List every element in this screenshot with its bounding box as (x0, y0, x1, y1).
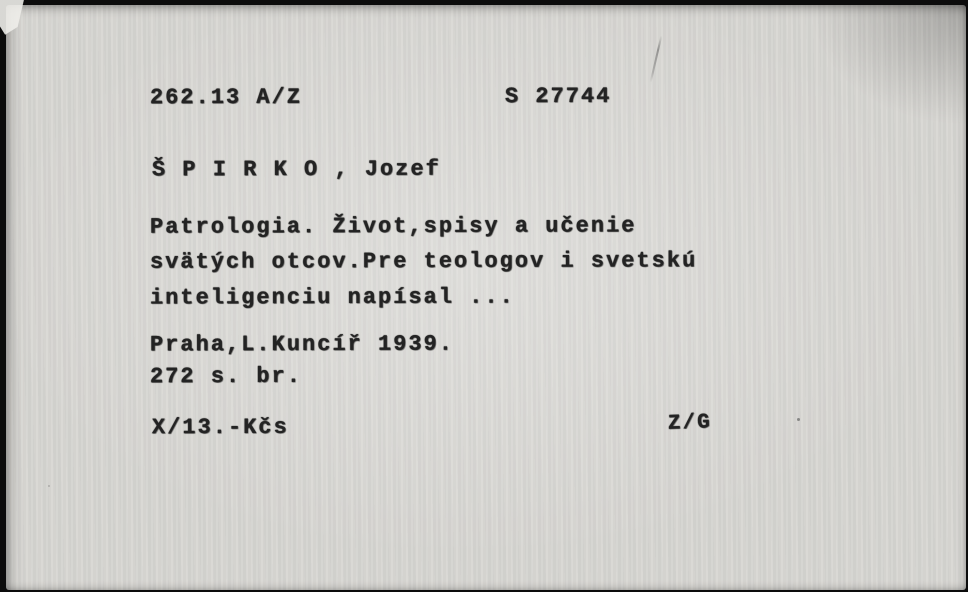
scanned-catalog-card-image: 262.13 A/Z S 27744 Š P I R K O , Jozef P… (0, 0, 968, 592)
collation-line: 272 s. br. (150, 364, 302, 389)
title-line-2: svätých otcov.Pre teologov i svetskú (150, 248, 697, 274)
call-number: 262.13 A/Z (150, 85, 302, 110)
price-code: X/13.-Kčs (152, 415, 289, 440)
catalog-card: 262.13 A/Z S 27744 Š P I R K O , Jozef P… (6, 5, 966, 590)
paper-speck (797, 418, 800, 421)
accession-number: S 27744 (505, 84, 611, 109)
pencil-slash-mark (650, 35, 663, 82)
imprint-line: Praha,L.Kuncíř 1939. (150, 332, 454, 358)
author-heading: Š P I R K O , Jozef (152, 157, 441, 183)
title-line-1: Patrologia. Život,spisy a učenie (150, 213, 637, 239)
cataloger-initials: Z/G (668, 411, 713, 436)
paper-speck (48, 485, 50, 487)
title-line-3: inteligenciu napísal ... (150, 285, 515, 311)
bent-corner (0, 0, 51, 35)
